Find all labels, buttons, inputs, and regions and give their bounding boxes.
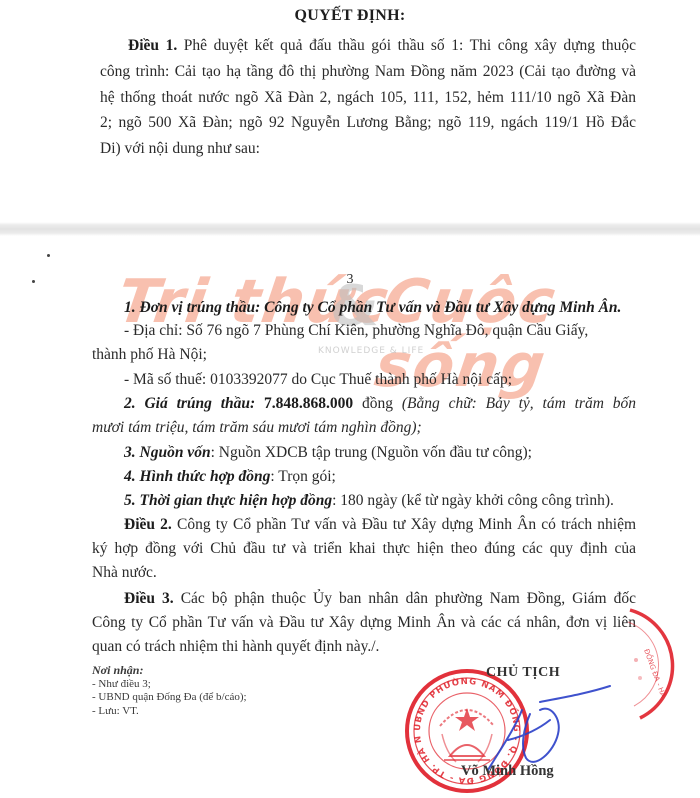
article2-line1: Điều 2. Công ty Cổ phần Tư vấn và Đầu tư…	[124, 515, 636, 535]
duration-label: 5. Thời gian thực hiện hợp đồng	[124, 492, 332, 509]
article1-line5: Di) với nội dung như sau:	[100, 139, 260, 159]
contract-form-line: 4. Hình thức hợp đồng: Trọn gói;	[124, 467, 336, 487]
margin-speck	[47, 254, 50, 257]
duration-line: 5. Thời gian thực hiện hợp đồng: 180 ngà…	[124, 491, 614, 511]
article3-line3: quan có trách nhiệm thi hành quyết định …	[92, 637, 379, 657]
recipient-item: - Như điều 3;	[92, 678, 247, 692]
article1-line1: Điều 1. Phê duyệt kết quả đấu thầu gói t…	[128, 36, 636, 56]
duration-value: : 180 ngày (kể từ ngày khởi công công tr…	[332, 492, 614, 509]
winner-label: 1. Đơn vị trúng thầu: Công ty Cổ phần Tư…	[124, 298, 621, 318]
recipient-item: - UBND quận Đống Đa (để b/cáo);	[92, 691, 247, 705]
funding-label: 3. Nguồn vốn	[124, 444, 211, 461]
article2-label: Điều 2.	[124, 516, 172, 533]
winner-address-line2: thành phố Hà Nội;	[92, 345, 207, 365]
recipients-title: Nơi nhận:	[92, 664, 247, 678]
price-label: 2. Giá trúng thầu:	[124, 395, 255, 412]
article1-line4: 2; ngõ 500 Xã Đàn; ngõ 92 Nguyễn Lương B…	[100, 113, 636, 133]
article3-label: Điều 3.	[124, 590, 174, 607]
price-value: 7.848.868.000	[264, 395, 353, 412]
article1-line3: hệ thống thoát nước ngõ Xã Đàn 2, ngách …	[100, 88, 636, 108]
contract-form-label: 4. Hình thức hợp đồng	[124, 468, 270, 485]
article3-line1: Điều 3. Các bộ phận thuộc Ủy ban nhân dâ…	[124, 589, 636, 609]
article3-line2: Công ty Cổ phần Tư vấn và Đầu tư Xây dựn…	[92, 613, 636, 633]
price-line1: 2. Giá trúng thầu: 7.848.868.000 đồng (B…	[124, 394, 636, 414]
page-number: 3	[0, 270, 700, 290]
winner-tax-code: - Mã số thuế: 0103392077 do Cục Thuế thà…	[124, 370, 512, 390]
article1-label: Điều 1.	[128, 37, 177, 54]
funding-line: 3. Nguồn vốn: Nguồn XDCB tập trung (Nguồ…	[124, 443, 532, 463]
price-unit: đồng	[362, 395, 393, 412]
price-words-line2: mươi tám triệu, tám trăm sáu mươi tám ng…	[92, 419, 422, 436]
svg-text:ĐỒNG ĐA - HÀ: ĐỒNG ĐA - HÀ	[642, 647, 669, 698]
recipients-block: Nơi nhận: - Như điều 3; - UBND quận Đống…	[92, 664, 247, 718]
decision-title: QUYẾT ĐỊNH:	[0, 6, 700, 26]
contract-form-value: : Trọn gói;	[270, 468, 335, 485]
page-divider	[0, 222, 700, 236]
article2-line2: ký hợp đồng với Chủ đầu tư và triển khai…	[92, 539, 636, 559]
watermark-subtitle: KNOWLEDGE & LIFE	[318, 346, 424, 356]
price-words-line1: (Bằng chữ: Bảy tỷ, tám trăm bốn	[402, 395, 636, 412]
signer-title: CHỦ TỊCH	[486, 665, 560, 681]
funding-value: : Nguồn XDCB tập trung (Nguồn vốn đầu tư…	[211, 444, 532, 461]
price-line2: mươi tám triệu, tám trăm sáu mươi tám ng…	[92, 418, 422, 438]
article2-line3: Nhà nước.	[92, 563, 157, 583]
winner-address-line1: - Địa chỉ: Số 76 ngõ 7 Phùng Chí Kiên, p…	[124, 321, 588, 341]
signer-name: Võ Minh Hồng	[461, 763, 554, 780]
article1-line2: công trình: Cải tạo hạ tầng đô thị phườn…	[100, 62, 636, 82]
recipient-item: - Lưu: VT.	[92, 705, 247, 719]
